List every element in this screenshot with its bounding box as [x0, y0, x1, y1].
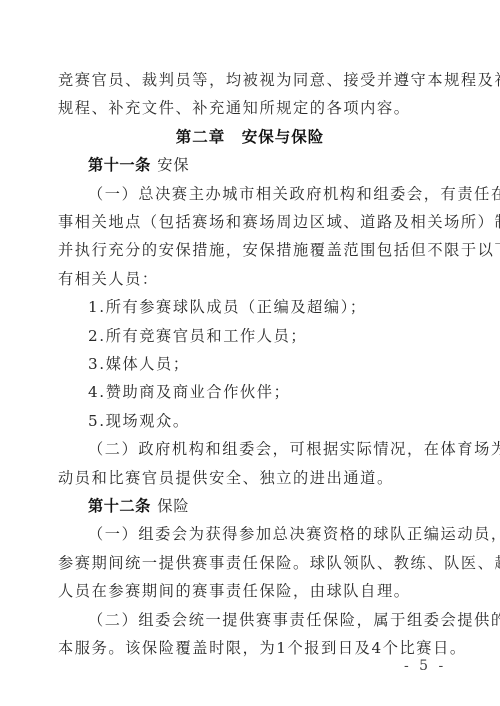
article-heading: 第十一条 安保 [88, 155, 442, 175]
body-text-line: 本服务。该保险覆盖时限，为1个报到日及4个比赛日。 [58, 638, 442, 658]
body-text-line: 事相关地点（包括赛场和赛场周边区域、道路及相关场所）制定 [58, 212, 442, 232]
list-item: 3.媒体人员； [88, 354, 442, 374]
body-text-line: 并执行充分的安保措施，安保措施覆盖范围包括但不限于以下所 [58, 240, 442, 260]
list-item: 1.所有参赛球队成员（正编及超编）； [88, 297, 442, 317]
list-item: 2.所有竞赛官员和工作人员； [88, 326, 442, 346]
body-text-line: 有相关人员： [58, 269, 442, 289]
article-label: 第十二条 [88, 497, 151, 515]
body-text-line: （二）政府机构和组委会，可根据实际情况，在体育场为运 [88, 439, 442, 459]
body-text-line: （一）组委会为获得参加总决赛资格的球队正编运动员，在 [88, 524, 442, 544]
article-title: 安保 [157, 156, 189, 174]
body-text-line: 规程、补充文件、补充通知所规定的各项内容。 [58, 98, 442, 118]
list-item: 4.赞助商及商业合作伙伴； [88, 382, 442, 402]
page-number: - 5 - [404, 658, 446, 674]
body-text-line: （一）总决赛主办城市相关政府机构和组委会，有责任在赛 [88, 184, 442, 204]
chapter-title: 第二章 安保与保险 [0, 127, 500, 147]
document-page: 竞赛官员、裁判员等，均被视为同意、接受并遵守本规程及补充 规程、补充文件、补充通… [0, 0, 500, 706]
body-text-line: 参赛期间统一提供赛事责任保险。球队领队、教练、队医、超编 [58, 553, 442, 573]
body-text-line: 竞赛官员、裁判员等，均被视为同意、接受并遵守本规程及补充 [58, 70, 442, 90]
body-text-line: （二）组委会统一提供赛事责任保险，属于组委会提供的基 [88, 610, 442, 630]
article-heading: 第十二条 保险 [88, 496, 442, 516]
list-item: 5.现场观众。 [88, 411, 442, 431]
article-title: 保险 [157, 497, 189, 515]
body-text-line: 动员和比赛官员提供安全、独立的进出通道。 [58, 468, 442, 488]
article-label: 第十一条 [88, 156, 151, 174]
body-text-line: 人员在参赛期间的赛事责任保险，由球队自理。 [58, 581, 442, 601]
